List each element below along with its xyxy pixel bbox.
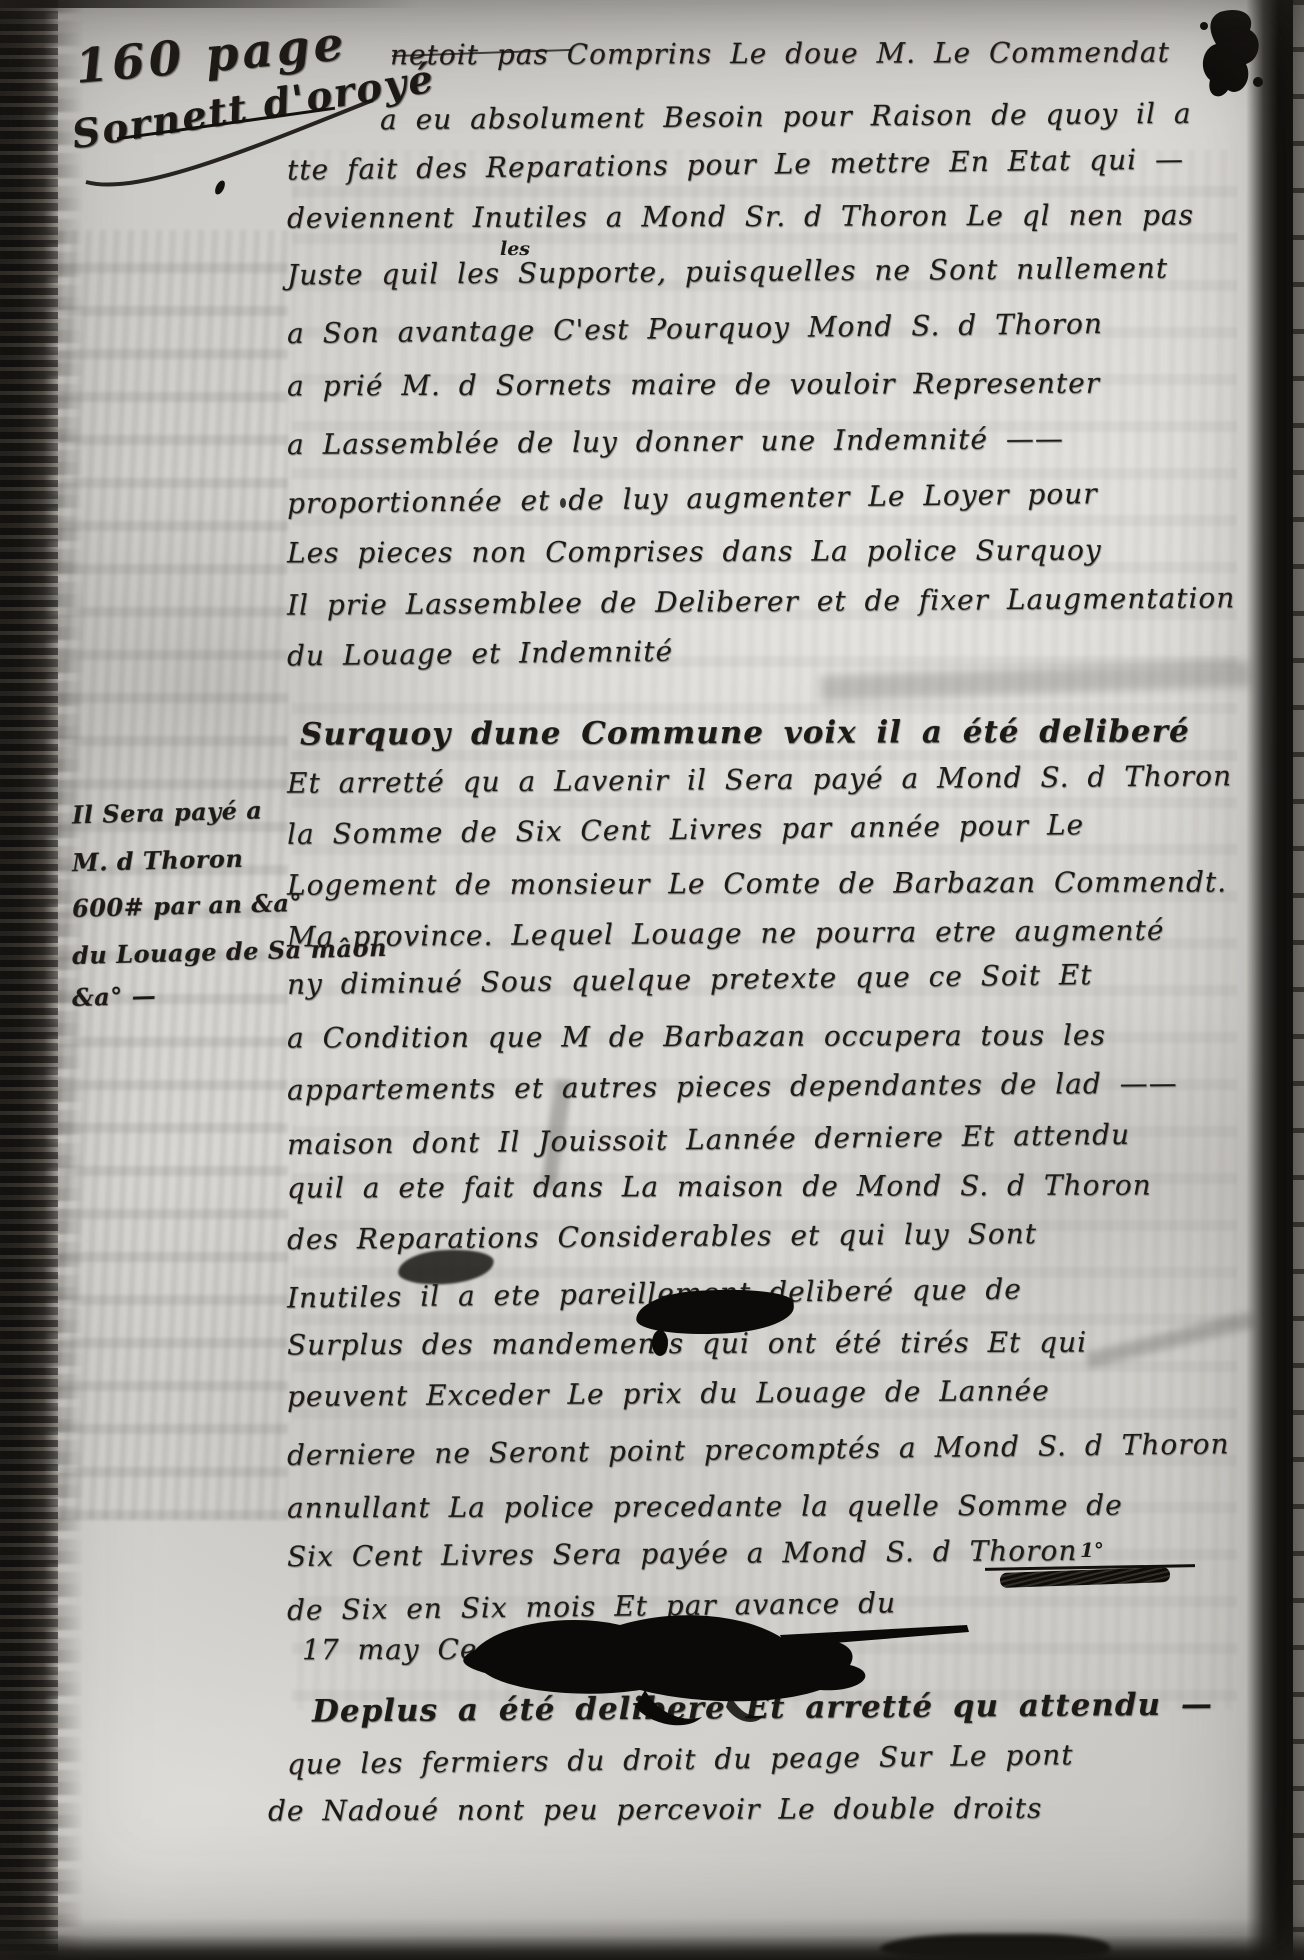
manuscript-line: Juste quil les Supporte, puisquelles ne … bbox=[287, 252, 1168, 292]
manuscript-line: Les pieces non Comprises dans La police … bbox=[287, 534, 1102, 570]
manuscript-line: a Son avantage C'est Pourquoy Mond S. d … bbox=[287, 307, 1103, 350]
manuscript-line: Six Cent Livres Sera payée a Mond S. d T… bbox=[287, 1534, 1078, 1573]
manuscript-line: peuvent Exceder Le prix du Louage de Lan… bbox=[287, 1374, 1050, 1413]
manuscript-line: Et arretté qu a Lavenir il Sera payé a M… bbox=[287, 759, 1232, 799]
manuscript-line: du Louage et Indemnité bbox=[287, 635, 673, 673]
binding-edge-left bbox=[0, 0, 58, 1960]
ink-smear bbox=[820, 661, 1251, 702]
manuscript-line: Il prie Lassemblee de Deliberer et de fi… bbox=[287, 581, 1236, 621]
ink-scribble-strikeout bbox=[1000, 1567, 1170, 1588]
manuscript-line: des Reparations Considerables et qui luy… bbox=[287, 1217, 1037, 1256]
manuscript-line: derniere ne Seront point precomptés a Mo… bbox=[287, 1427, 1230, 1472]
gutter-shadow-right bbox=[1246, 0, 1296, 1960]
manuscript-line: Logement de monsieur Le Comte de Barbaza… bbox=[287, 865, 1227, 901]
bottom-edge-shadow bbox=[0, 1918, 1304, 1960]
manuscript-line: Ma province. Lequel Louage ne pourra etr… bbox=[287, 914, 1165, 954]
manuscript-line: a Lassemblée de luy donner une Indemnité… bbox=[287, 422, 1064, 461]
margin-note-line: Il Sera payé a bbox=[72, 796, 263, 830]
ink-smear bbox=[1086, 1312, 1255, 1369]
manuscript-line: ny diminué Sous quelque pretexte que ce … bbox=[287, 958, 1093, 1001]
ink-drip bbox=[652, 1330, 668, 1356]
margin-note-line: &a° — bbox=[72, 981, 157, 1012]
manuscript-line: maison dont Il Jouissoit Lannée derniere… bbox=[287, 1118, 1130, 1161]
manuscript-line: la Somme de Six Cent Livres par année po… bbox=[287, 808, 1084, 851]
margin-note-line: 600# par an &a° bbox=[72, 888, 303, 923]
manuscript-line: deviennent Inutiles a Mond Sr. d Thoron … bbox=[287, 198, 1194, 234]
superscript-insertion: les bbox=[500, 238, 530, 260]
manuscript-line: de Nadoué nont peu percevoir Le double d… bbox=[268, 1792, 1043, 1828]
superscript-ordinal: 1° bbox=[1080, 1538, 1104, 1562]
manuscript-line: netoit pas Comprins Le doue M. Le Commen… bbox=[390, 36, 1170, 72]
margin-note-line: du Louage de Sa mâon bbox=[72, 933, 388, 970]
bottom-edge-blotch bbox=[880, 1934, 1110, 1960]
manuscript-line: a eu absolument Besoin pour Raison de qu… bbox=[380, 97, 1192, 136]
manuscript-line: annullant La police precedante la quelle… bbox=[287, 1489, 1123, 1525]
ink-dot bbox=[560, 498, 566, 508]
manuscript-line: appartements et autres pieces dependante… bbox=[287, 1067, 1178, 1107]
manuscript-line: a Condition que M de Barbazan occupera t… bbox=[287, 1019, 1106, 1055]
manuscript-line: Surquoy dune Commune voix il a été delib… bbox=[300, 713, 1190, 752]
manuscript-line: quil a ete fait dans La maison de Mond S… bbox=[287, 1168, 1152, 1204]
facing-page-edge bbox=[1293, 0, 1304, 1960]
top-edge-shadow bbox=[0, 0, 420, 8]
manuscript-page-scan: 160 page Sornett d'oroyé netoit pas Comp… bbox=[0, 0, 1304, 1960]
margin-note-line: M. d Thoron bbox=[72, 844, 244, 877]
manuscript-line: a prié M. d Sornets maire de vouloir Rep… bbox=[287, 367, 1100, 403]
manuscript-line: proportionnée et de luy augmenter Le Loy… bbox=[287, 477, 1098, 520]
manuscript-line: tte fait des Reparations pour Le mettre … bbox=[287, 143, 1184, 187]
ink-blot-large bbox=[430, 1595, 990, 1745]
